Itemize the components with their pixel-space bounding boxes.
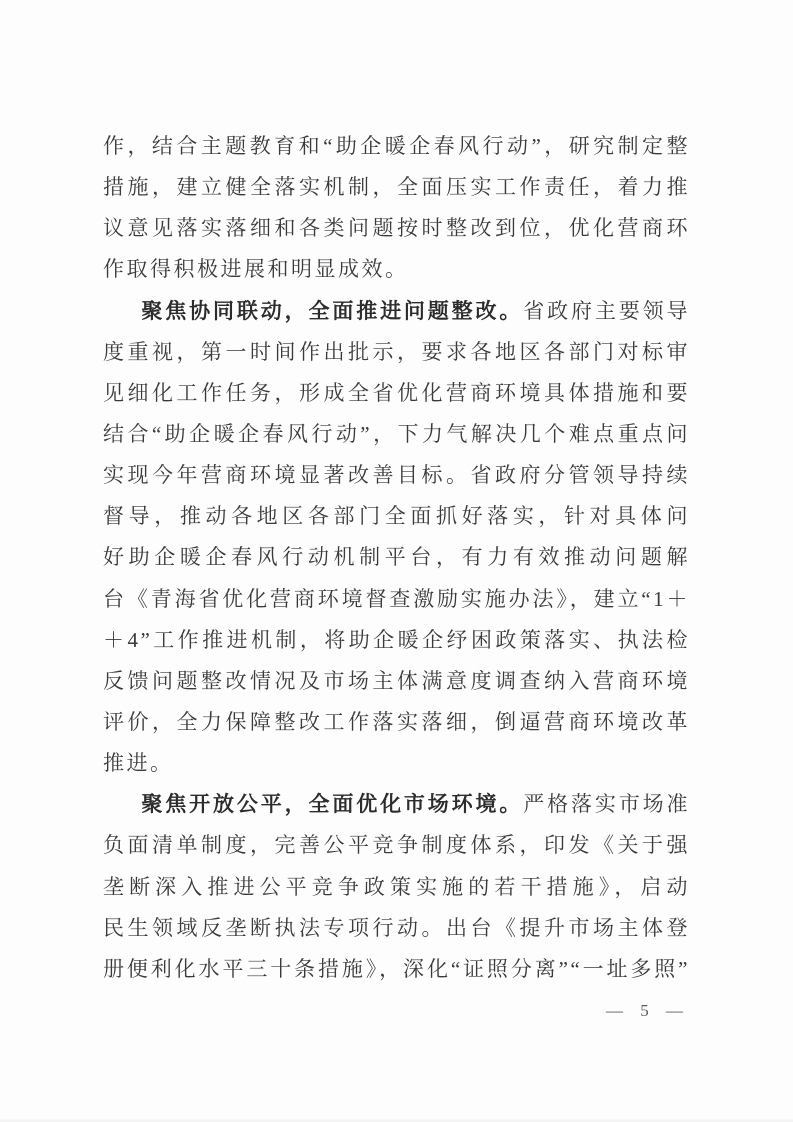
text-line: 垄断深入推进公平竞争政策实施的若干措施》，启动 2023 年 — [103, 867, 690, 908]
text-block: 作，结合主题教育和“助企暖企春风行动”，研究制定整改措施，建立健全落实机制，全面… — [103, 126, 690, 990]
body-text: 负面清单制度，完善公平竞争制度体系，印发《关于强化反 — [103, 833, 690, 866]
text-line: 民生领域反垄断执法专项行动。出台《提升市场主体登记注 — [103, 908, 690, 949]
body-text: 好助企暖企春风行动机制平台，有力有效推动问题解决。出 — [103, 545, 690, 578]
paragraph-indent — [103, 810, 141, 811]
text-line: 评价，全力保障整改工作落实落细，倒逼营商环境改革纵深 — [103, 702, 690, 743]
text-line: 好助企暖企春风行动机制平台，有力有效推动问题解决。出 — [103, 537, 690, 578]
body-text: 结合“助企暖企春风行动”，下力气解决几个难点重点问题， — [103, 422, 690, 455]
text-line: 见细化工作任务，形成全省优化营商环境具体措施和要点； — [103, 373, 690, 414]
body-text: 垄断深入推进公平竞争政策实施的若干措施》，启动 2023 年 — [103, 875, 690, 908]
page-number: — 5 — — [606, 999, 685, 1023]
text-line: 议意见落实落细和各类问题按时整改到位，优化营商环境工 — [103, 208, 690, 249]
text-line: 措施，建立健全落实机制，全面压实工作责任，着力推动审 — [103, 167, 690, 208]
text-line: 作取得积极进展和明显成效。 — [103, 249, 690, 290]
text-line: 台《青海省优化营商环境督查激励实施办法》，建立“1＋5 — [103, 579, 690, 620]
body-text: 实现今年营商环境显著改善目标。省政府分管领导持续跟进 — [103, 463, 690, 496]
paragraph-lead-bold: 聚焦开放公平，全面优化市场环境。 — [141, 792, 523, 816]
text-line: 结合“助企暖企春风行动”，下力气解决几个难点重点问题， — [103, 414, 690, 455]
body-text: 措施，建立健全落实机制，全面压实工作责任，着力推动审 — [103, 175, 690, 208]
body-text: 督导，推动各地区各部门全面抓好落实，针对具体问题，用 — [103, 504, 690, 537]
paragraph-lead-bold: 聚焦协同联动，全面推进问题整改。 — [141, 299, 523, 323]
text-line: 督导，推动各地区各部门全面抓好落实，针对具体问题，用 — [103, 496, 690, 537]
text-line: 推进。 — [103, 743, 690, 784]
text-line: 册便利化水平三十条措施》，深化“证照分离”“一址多照” — [103, 949, 690, 990]
body-text: 度重视，第一时间作出批示，要求各地区各部门对标审议意 — [103, 340, 690, 373]
body-text: 评价，全力保障整改工作落实落细，倒逼营商环境改革纵深 — [103, 710, 690, 743]
text-line: 聚焦协同联动，全面推进问题整改。省政府主要领导高 — [103, 291, 690, 332]
text-line: ＋4”工作推进机制，将助企暖企纾困政策落实、执法检查 — [103, 620, 690, 661]
text-line: 负面清单制度，完善公平竞争制度体系，印发《关于强化反 — [103, 825, 690, 866]
text-line: 作，结合主题教育和“助企暖企春风行动”，研究制定整改 — [103, 126, 690, 167]
body-text: 作取得积极进展和明显成效。 — [103, 257, 409, 281]
document-page: 作，结合主题教育和“助企暖企春风行动”，研究制定整改措施，建立健全落实机制，全面… — [0, 0, 793, 1122]
text-line: 反馈问题整改情况及市场主体满意度调查纳入营商环境考核 — [103, 661, 690, 702]
body-text: ＋4”工作推进机制，将助企暖企纾困政策落实、执法检查 — [103, 628, 690, 661]
body-text: 推进。 — [103, 751, 174, 775]
body-text: 作，结合主题教育和“助企暖企春风行动”，研究制定整改 — [103, 134, 690, 167]
text-line: 度重视，第一时间作出批示，要求各地区各部门对标审议意 — [103, 332, 690, 373]
body-text: 反馈问题整改情况及市场主体满意度调查纳入营商环境考核 — [103, 669, 690, 702]
body-text: 民生领域反垄断执法专项行动。出台《提升市场主体登记注 — [103, 916, 690, 949]
body-text: 见细化工作任务，形成全省优化营商环境具体措施和要点； — [103, 381, 690, 414]
text-line: 实现今年营商环境显著改善目标。省政府分管领导持续跟进 — [103, 455, 690, 496]
body-text: 台《青海省优化营商环境督查激励实施办法》，建立“1＋5 — [103, 587, 690, 620]
body-text: 议意见落实落细和各类问题按时整改到位，优化营商环境工 — [103, 216, 690, 249]
paragraph-indent — [103, 317, 141, 318]
text-line: 聚焦开放公平，全面优化市场环境。严格落实市场准入 — [103, 784, 690, 825]
body-text: 册便利化水平三十条措施》，深化“证照分离”“一址多照” — [103, 957, 690, 981]
